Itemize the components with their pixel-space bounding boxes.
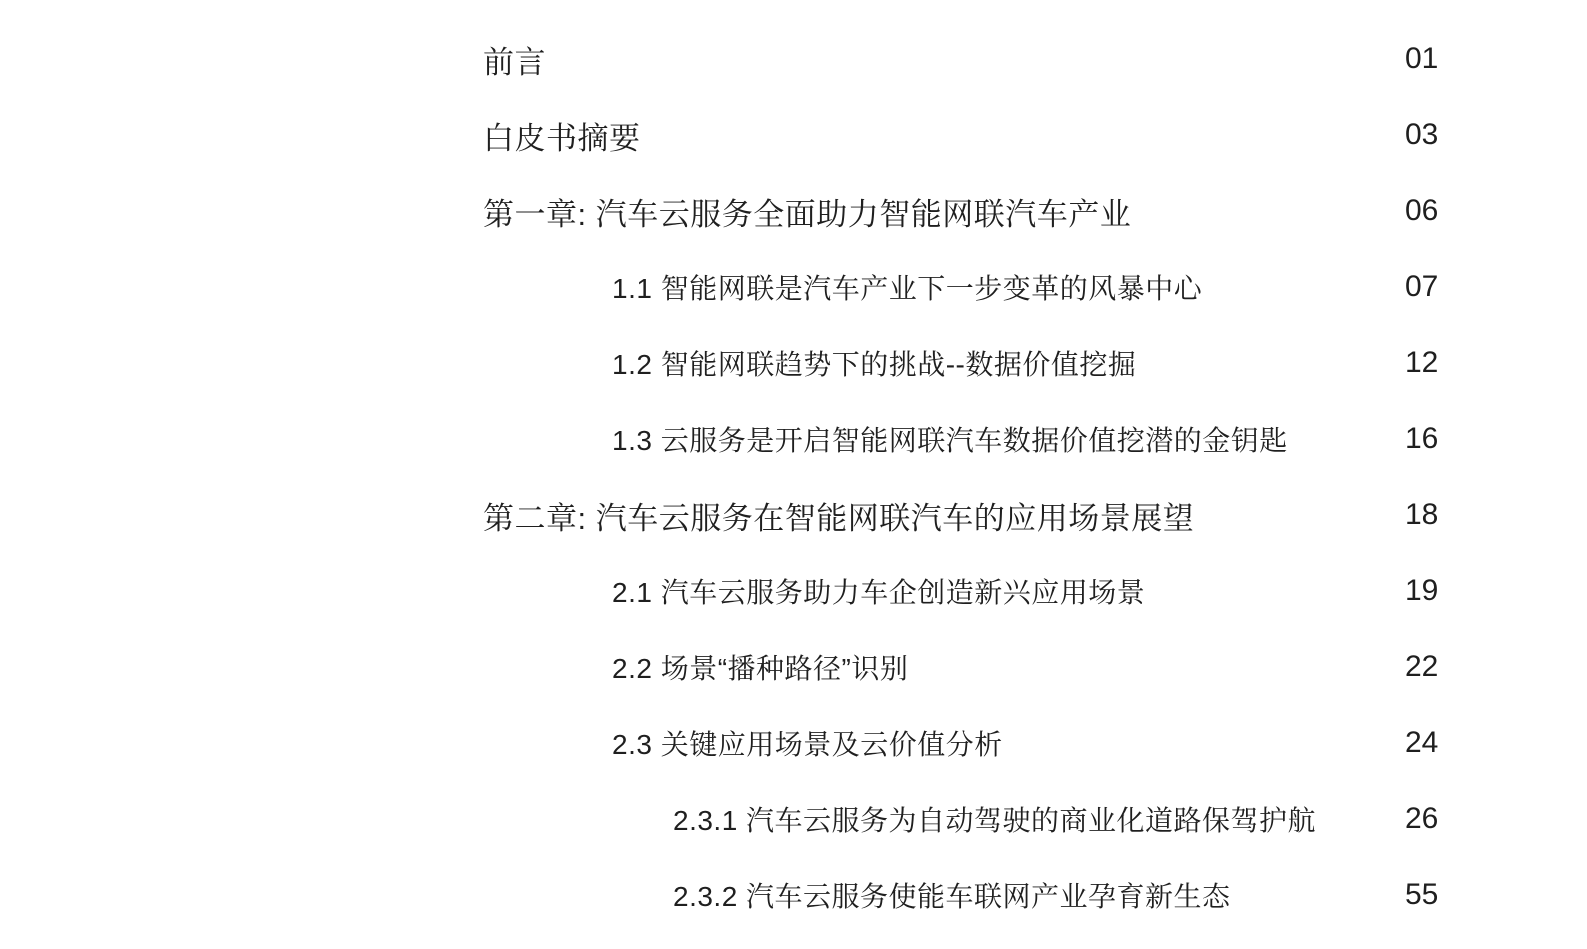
toc-entry-page-number: 55 xyxy=(1405,878,1450,912)
toc-entry-label: 2.3 关键应用场景及云价值分析 xyxy=(612,723,1405,763)
toc-entry-label: 1.1 智能网联是汽车产业下一步变革的风暴中心 xyxy=(612,267,1405,307)
toc-entry-label: 2.3.1 汽车云服务为自动驾驶的商业化道路保驾护航 xyxy=(673,799,1405,839)
toc-list: 前言01白皮书摘要03第一章: 汽车云服务全面助力智能网联汽车产业061.1 智… xyxy=(483,21,1450,933)
toc-entry-section[interactable]: 2.3 关键应用场景及云价值分析24 xyxy=(483,705,1450,781)
toc-entry-section[interactable]: 2.2 场景“播种路径”识别22 xyxy=(483,629,1450,705)
toc-entry-subsection[interactable]: 2.3.2 汽车云服务使能车联网产业孕育新生态55 xyxy=(483,857,1450,933)
toc-entry-label: 第二章: 汽车云服务在智能网联汽车的应用场景展望 xyxy=(483,493,1405,538)
toc-entry-page-number: 24 xyxy=(1405,726,1450,760)
toc-page: 前言01白皮书摘要03第一章: 汽车云服务全面助力智能网联汽车产业061.1 智… xyxy=(0,0,1587,949)
toc-entry-page-number: 16 xyxy=(1405,422,1450,456)
toc-entry-label: 2.3.2 汽车云服务使能车联网产业孕育新生态 xyxy=(673,875,1405,915)
toc-entry-page-number: 01 xyxy=(1405,42,1450,76)
toc-entry-label: 2.1 汽车云服务助力车企创造新兴应用场景 xyxy=(612,571,1405,611)
toc-entry-page-number: 12 xyxy=(1405,346,1450,380)
toc-entry-page-number: 06 xyxy=(1405,194,1450,228)
toc-entry-page-number: 26 xyxy=(1405,802,1450,836)
toc-entry-label: 前言 xyxy=(483,37,1405,82)
toc-entry-page-number: 19 xyxy=(1405,574,1450,608)
toc-entry-section[interactable]: 1.3 云服务是开启智能网联汽车数据价值挖潜的金钥匙16 xyxy=(483,401,1450,477)
toc-entry-label: 白皮书摘要 xyxy=(483,113,1405,158)
toc-entry-label: 第一章: 汽车云服务全面助力智能网联汽车产业 xyxy=(483,189,1405,234)
toc-entry-section[interactable]: 2.1 汽车云服务助力车企创造新兴应用场景19 xyxy=(483,553,1450,629)
toc-entry-page-number: 03 xyxy=(1405,118,1450,152)
toc-entry-front-matter[interactable]: 前言01 xyxy=(483,21,1450,97)
toc-entry-section[interactable]: 1.2 智能网联趋势下的挑战--数据价值挖掘12 xyxy=(483,325,1450,401)
toc-entry-page-number: 07 xyxy=(1405,270,1450,304)
toc-entry-chapter[interactable]: 第一章: 汽车云服务全面助力智能网联汽车产业06 xyxy=(483,173,1450,249)
toc-entry-front-matter[interactable]: 白皮书摘要03 xyxy=(483,97,1450,173)
toc-entry-section[interactable]: 1.1 智能网联是汽车产业下一步变革的风暴中心07 xyxy=(483,249,1450,325)
toc-entry-subsection[interactable]: 2.3.1 汽车云服务为自动驾驶的商业化道路保驾护航26 xyxy=(483,781,1450,857)
toc-entry-label: 2.2 场景“播种路径”识别 xyxy=(612,647,1405,687)
toc-entry-chapter[interactable]: 第二章: 汽车云服务在智能网联汽车的应用场景展望18 xyxy=(483,477,1450,553)
toc-entry-page-number: 22 xyxy=(1405,650,1450,684)
toc-entry-page-number: 18 xyxy=(1405,498,1450,532)
toc-entry-label: 1.2 智能网联趋势下的挑战--数据价值挖掘 xyxy=(612,343,1405,383)
toc-entry-label: 1.3 云服务是开启智能网联汽车数据价值挖潜的金钥匙 xyxy=(612,419,1405,459)
